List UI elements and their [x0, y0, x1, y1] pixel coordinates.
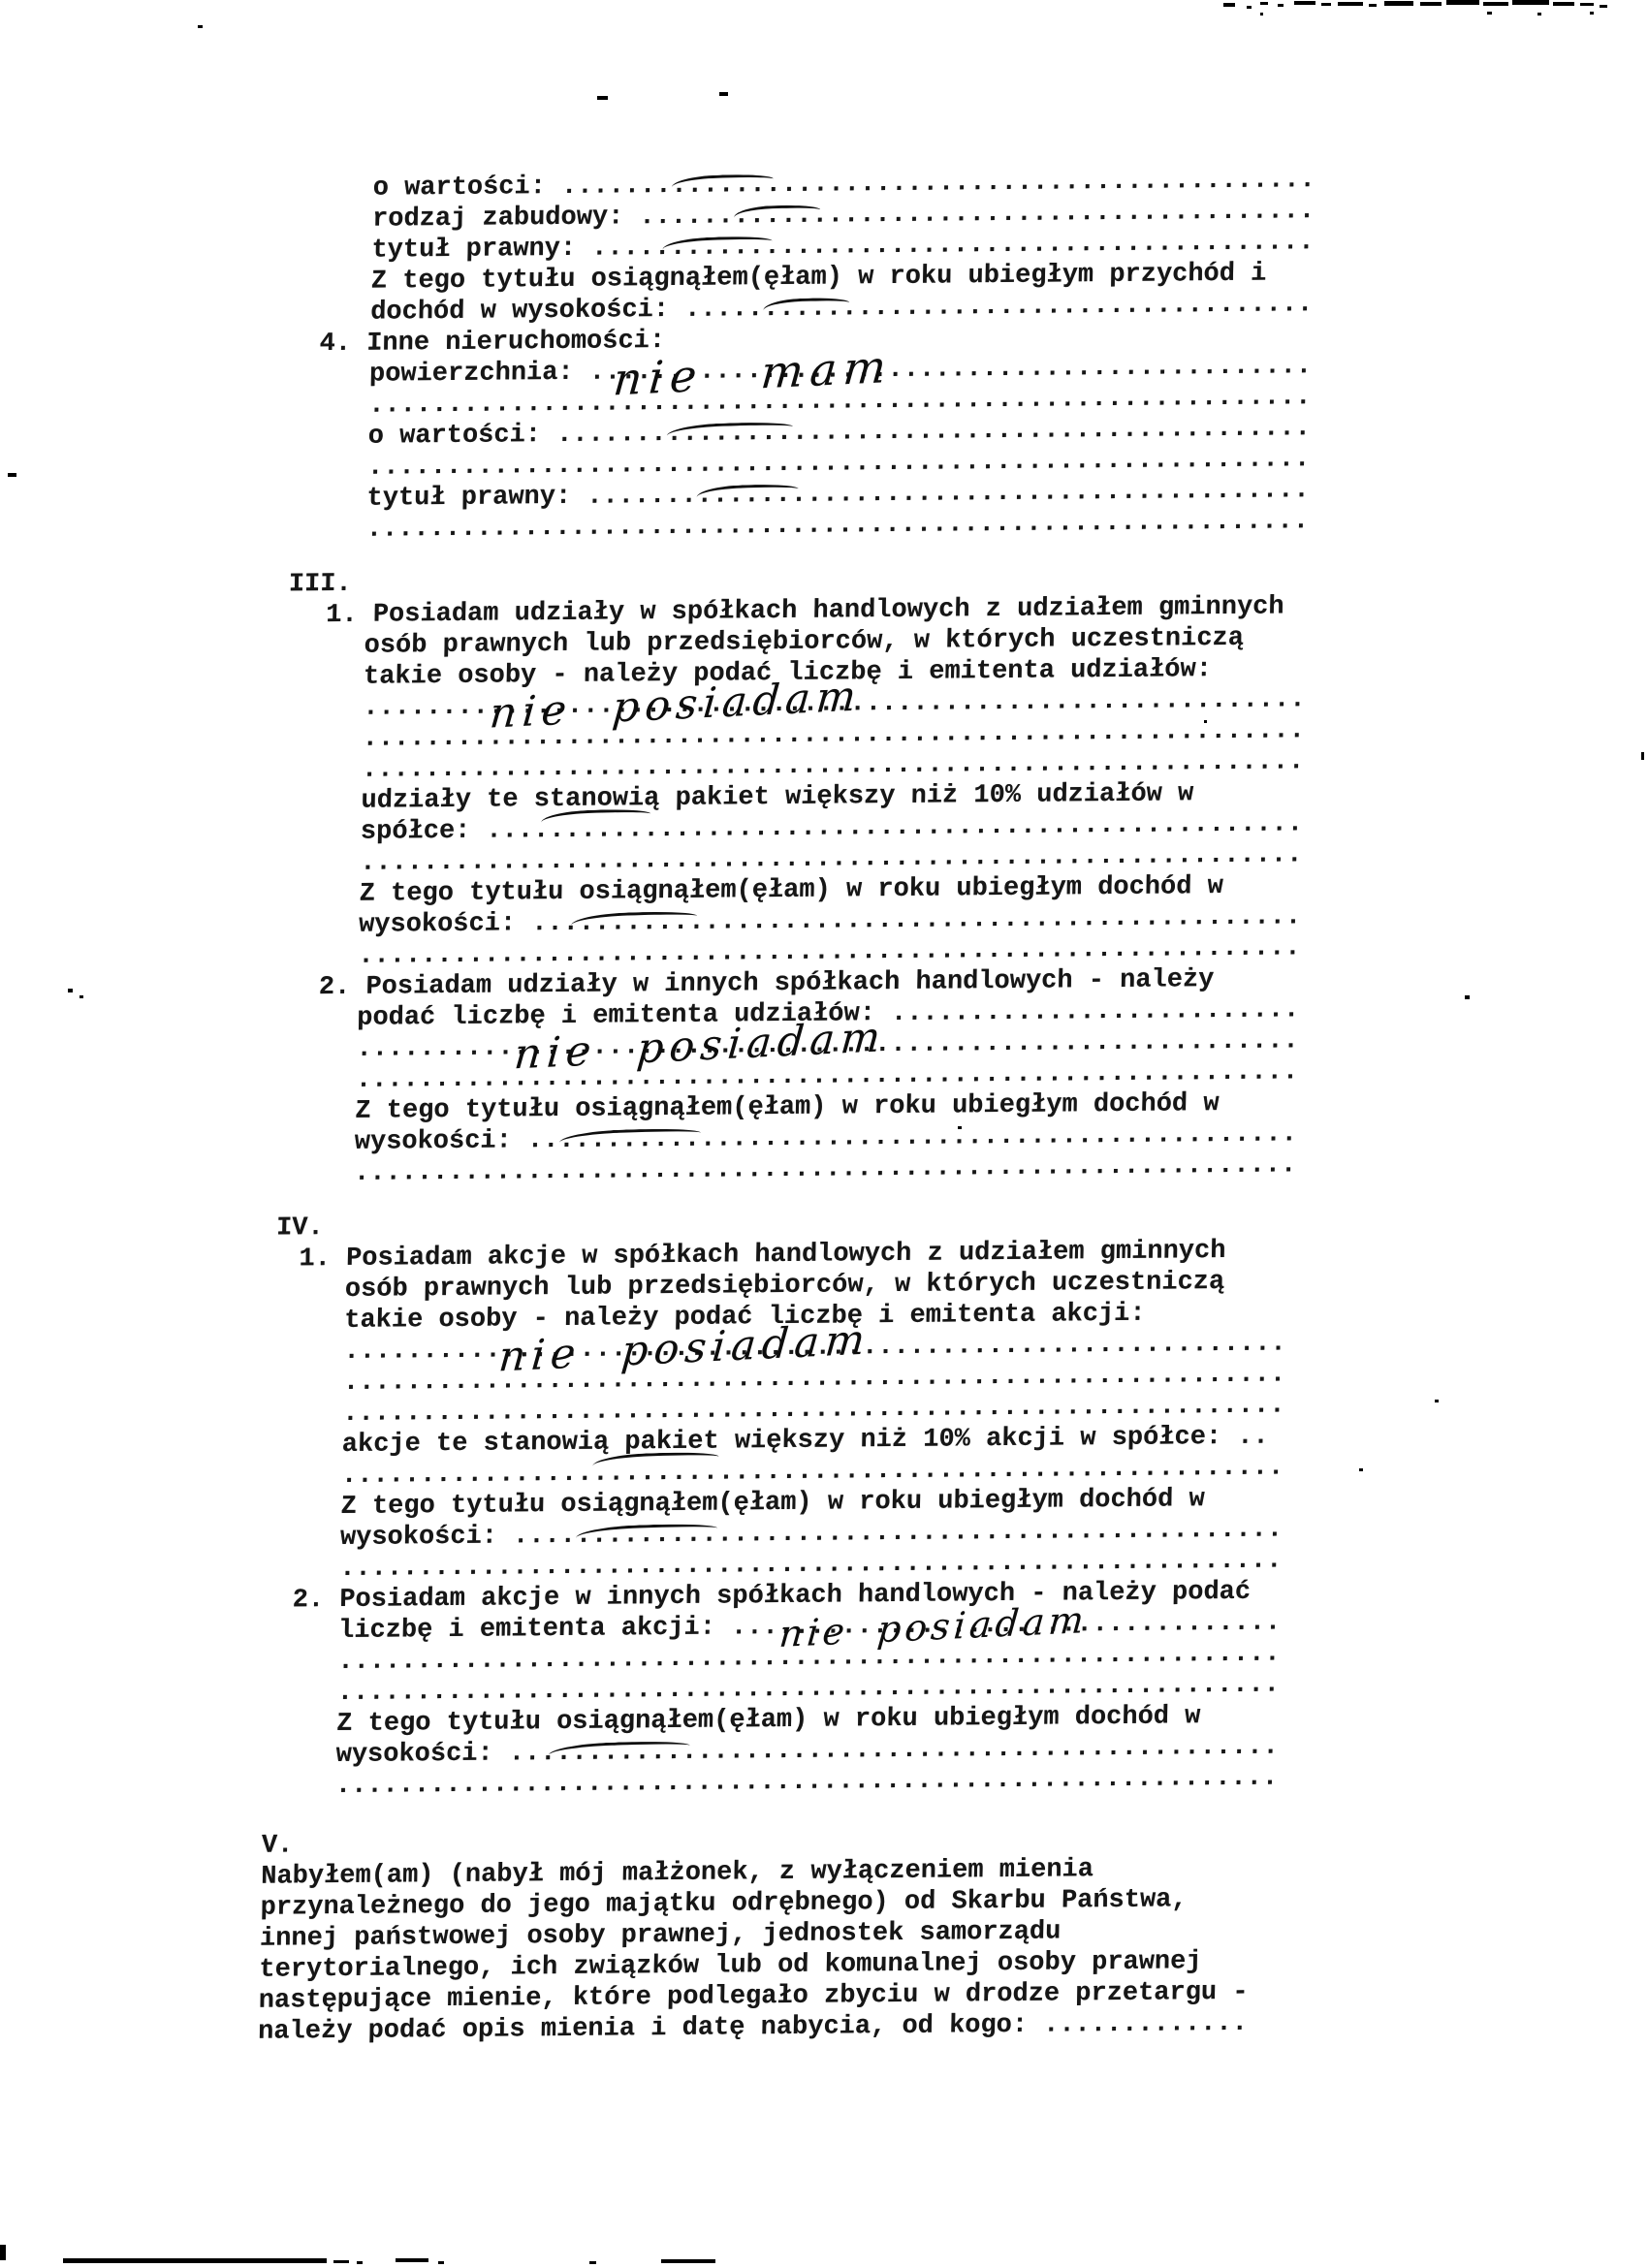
- section-pt3: o wartości: ............................…: [0, 162, 1648, 549]
- scan-artifact-specks: [8, 473, 16, 477]
- section-s3: III.1. Posiadam udziały w spółkach handl…: [0, 557, 1640, 1192]
- scan-artifact-top_noise: [1338, 2, 1363, 6]
- scan-artifact-specks: [1641, 752, 1644, 760]
- handwritten-annotation: nie posiadam: [513, 1022, 887, 1070]
- typed-text: ........................................…: [354, 1150, 1297, 1187]
- scan-artifact-top_noise: [1537, 13, 1541, 16]
- scan-artifact-top_noise: [1483, 2, 1508, 6]
- scan-artifact-top_noise: [1223, 3, 1235, 7]
- scan-artifact-top_noise: [1420, 2, 1442, 6]
- scan-artifact-specks: [958, 1126, 962, 1129]
- scan-artifact-top_noise: [1294, 1, 1315, 5]
- scan-artifact-top_noise: [1384, 1, 1413, 6]
- handwritten-annotation: nie posiadam: [777, 1604, 1088, 1650]
- section-s4: IV.1. Posiadam akcje w spółkach handlowy…: [0, 1201, 1628, 1805]
- scan-artifact-specks: [68, 989, 73, 992]
- scan-artifact-specks: [1204, 720, 1207, 723]
- scan-artifact-top_noise: [1260, 2, 1268, 5]
- typed-text: należy podać opis mienia i datę nabycia,…: [258, 2009, 1248, 2047]
- scan-artifact-top_noise: [1446, 0, 1479, 5]
- handwritten-annotation: nie posiadam: [489, 680, 863, 729]
- scan-artifact-bottom_edge: [0, 2245, 6, 2260]
- scan-artifact-specks: [1435, 1400, 1439, 1402]
- scan-artifact-top_noise: [1321, 3, 1331, 6]
- scan-artifact-bottom_edge: [63, 2258, 327, 2263]
- handwritten-annotation: nie mam: [613, 351, 895, 395]
- scan-artifact-bottom_edge: [396, 2258, 428, 2262]
- scan-artifact-top_noise: [1247, 6, 1252, 9]
- scan-artifact-specks: [597, 96, 608, 100]
- scan-artifact-specks: [719, 92, 728, 96]
- section-s5: V.Nabyłem(am) (nabył mój małżonek, z wył…: [0, 1819, 1616, 2051]
- scan-artifact-bottom_edge: [357, 2261, 363, 2264]
- typed-text: V.: [262, 1831, 294, 1860]
- scan-artifact-specks: [79, 995, 83, 998]
- scan-artifact-top_noise: [1278, 4, 1284, 7]
- typed-text: III.: [289, 570, 352, 600]
- scan-artifact-specks: [1465, 995, 1470, 999]
- scan-artifact-top_noise: [1369, 4, 1377, 7]
- scan-artifact-top_noise: [1590, 12, 1594, 15]
- scanned-document: { "document": { "language": "pl", "handw…: [0, 0, 1648, 2268]
- document-page: o wartości: ............................…: [0, 162, 1648, 2050]
- scan-artifact-specks: [198, 25, 203, 28]
- typed-text: ........................................…: [335, 1764, 1279, 1801]
- scan-artifact-specks: [1359, 1468, 1363, 1471]
- scan-artifact-bottom_edge: [333, 2260, 349, 2263]
- scan-artifact-top_noise: [1553, 2, 1574, 6]
- scan-artifact-bottom_edge: [589, 2261, 596, 2264]
- scan-artifact-top_noise: [1260, 13, 1263, 16]
- scan-artifact-top_noise: [1600, 5, 1607, 8]
- typed-text: 4. Inne nieruchomości:: [319, 327, 665, 359]
- scan-artifact-top_noise: [1512, 0, 1549, 5]
- handwritten-annotation: nie posiadam: [497, 1324, 872, 1372]
- typed-text: ........................................…: [366, 507, 1310, 544]
- typed-text: IV.: [276, 1213, 324, 1243]
- scan-artifact-top_noise: [1487, 12, 1492, 15]
- scan-artifact-bottom_edge: [438, 2261, 444, 2264]
- scan-artifact-bottom_edge: [661, 2259, 715, 2263]
- scan-artifact-top_noise: [1580, 3, 1594, 6]
